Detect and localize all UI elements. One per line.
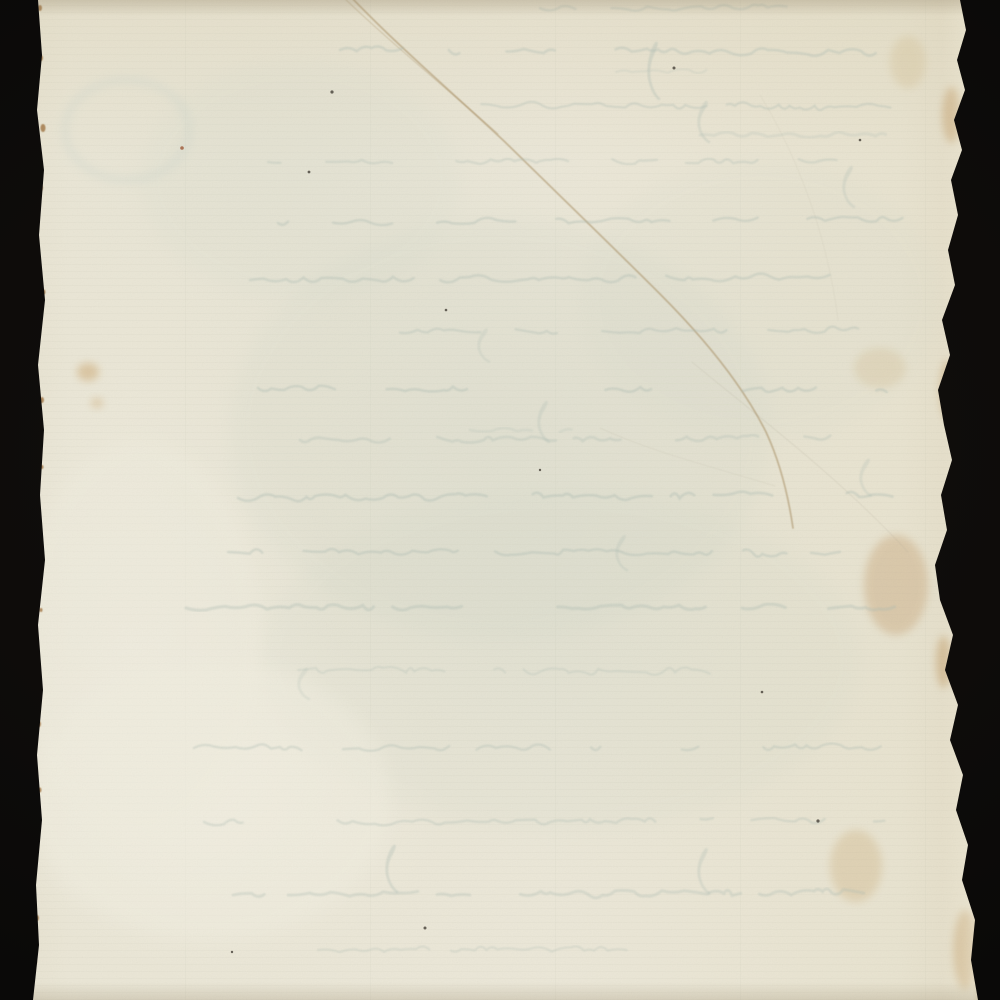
manuscript-page: [0, 0, 1000, 1000]
binding-edge-shadow: [0, 0, 30, 1000]
scan-backdrop: [0, 0, 1000, 1000]
page-artifacts: [0, 0, 1000, 1000]
